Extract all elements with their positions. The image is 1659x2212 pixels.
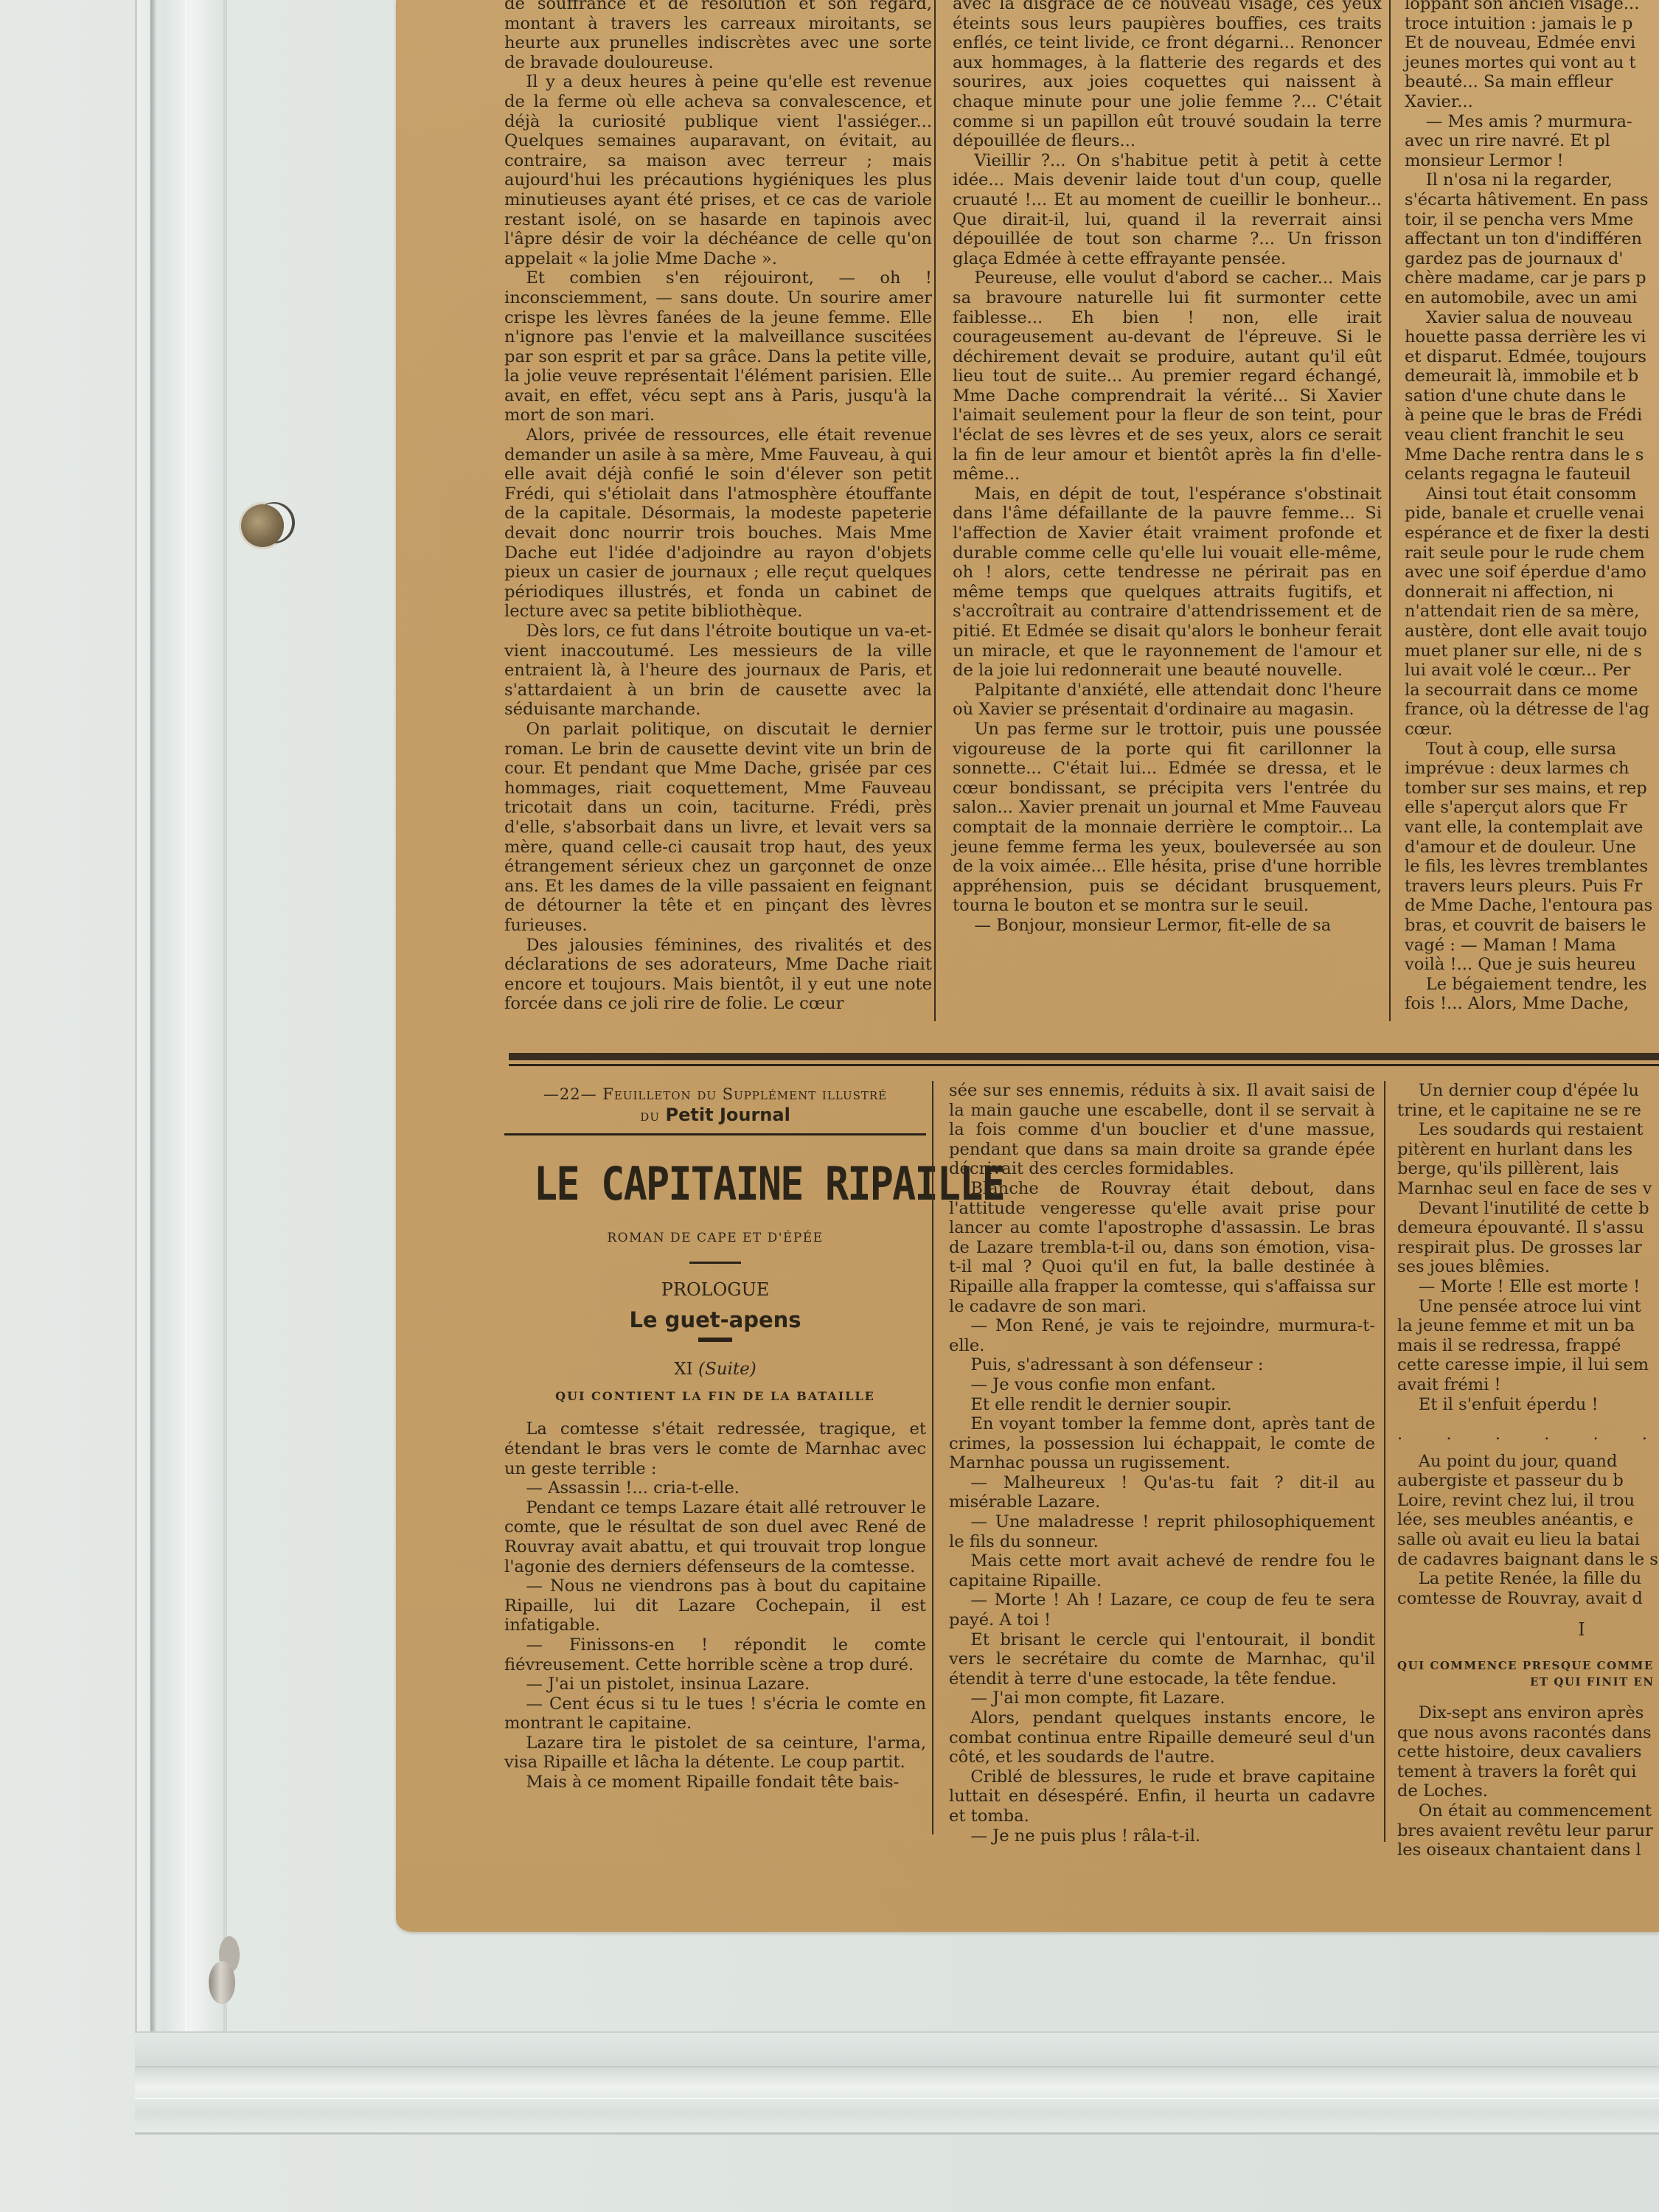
text-line: à peine que le bras de Frédi	[1405, 406, 1659, 425]
feuilleton-column-2: sée sur ses ennemis, réduits à six. Il a…	[949, 1081, 1375, 1846]
paragraph: — Nous ne viendrons pas à bout du capita…	[504, 1576, 926, 1635]
text-line: tomber sur ses mains, et rep	[1405, 779, 1659, 799]
paragraph: Mais, en dépit de tout, l'espérance s'ob…	[953, 484, 1382, 681]
paragraph: Criblé de blessures, le rude et brave ca…	[949, 1767, 1375, 1826]
text-line: la jeune femme et mit un ba	[1397, 1316, 1659, 1336]
text-line: espérance et de fixer la desti	[1405, 524, 1659, 543]
column-rule	[1384, 1081, 1385, 1842]
paragraph: de souffrance et de résolution et son re…	[504, 0, 932, 72]
text-line: — Morte ! Elle est morte !	[1397, 1277, 1659, 1297]
text-line: la secourrait dans ce mome	[1405, 681, 1659, 700]
text-line: Ainsi tout était consomm	[1405, 484, 1659, 504]
text-line: monsieur Lermor !	[1405, 151, 1659, 171]
feuilleton-column-1-text: La comtesse s'était redressée, tragique,…	[504, 1419, 926, 1792]
chapter-subtitle: QUI CONTIENT LA FIN DE LA BATAILLE	[504, 1387, 926, 1407]
masthead-journal-name: Petit Journal	[666, 1105, 790, 1125]
text-line: avec une soif éperdue d'amo	[1405, 563, 1659, 582]
text-line: demeura épouvanté. Il s'assu	[1397, 1218, 1659, 1238]
text-line: Les soudards qui restaient	[1397, 1120, 1659, 1140]
text-line: en automobile, avec un ami	[1405, 288, 1659, 308]
masthead-du: du	[640, 1107, 660, 1124]
text-line: n'attendait rien de sa mère,	[1405, 602, 1659, 622]
paragraph: sée sur ses ennemis, réduits à six. Il a…	[949, 1081, 1375, 1179]
next-chapter-subtitle-line: ET QUI FINIT EN ID	[1397, 1674, 1659, 1690]
text-line: demeurait là, immobile et b	[1405, 366, 1659, 386]
text-line: pide, banale et cruelle venai	[1405, 504, 1659, 524]
part-title: Le guet-apens	[504, 1307, 926, 1333]
text-line: voilà !... Que je suis heureu	[1405, 955, 1659, 975]
text-line: bres avaient revêtu leur parur	[1397, 1821, 1659, 1841]
paragraph: Mais cette mort avait achevé de rendre f…	[949, 1551, 1375, 1590]
text-line: vant elle, la contemplait ave	[1405, 818, 1659, 838]
text-line: respirait plus. De grosses lar	[1397, 1238, 1659, 1258]
text-line: les oiseaux chantaient dans l	[1397, 1840, 1659, 1860]
text-line: gardez pas de journaux d'	[1405, 249, 1659, 269]
prologue-heading: PROLOGUE	[504, 1280, 926, 1300]
paragraph: Blanche de Rouvray était debout, dans l'…	[949, 1179, 1375, 1316]
text-line: muet planer sur elle, ni de s	[1405, 641, 1659, 661]
text-line: avec un rire navré. Et pl	[1405, 131, 1659, 151]
paragraph: — Malheureux ! Qu'as-tu fait ? dit-il au…	[949, 1473, 1375, 1512]
paragraph: — J'ai un pistolet, insinua Lazare.	[504, 1674, 926, 1694]
text-line: france, où la détresse de l'ag	[1405, 700, 1659, 720]
chapter-heading: XI (Suite)	[504, 1360, 926, 1380]
paragraph: Et elle rendit le dernier soupir.	[949, 1395, 1375, 1415]
paragraph: Un pas ferme sur le trottoir, puis une p…	[953, 720, 1382, 916]
top-column-2: avec la disgrâce de ce nouveau visage, c…	[953, 0, 1382, 936]
novel-title: LE CAPITAINE RIPAILLE	[534, 1158, 897, 1211]
next-chapter-subtitle: QUI COMMENCE PRESQUE COMME UN ET QUI FIN…	[1397, 1658, 1659, 1690]
standoff-pin-icon	[209, 1961, 235, 2004]
text-line: s'écarta hâtivement. En pass	[1405, 190, 1659, 210]
text-line: — Mes amis ? murmura-	[1405, 112, 1659, 132]
text-line: aubergiste et passeur du b	[1397, 1471, 1659, 1491]
text-line: mais il se redressa, frappé	[1397, 1336, 1659, 1356]
text-line: et disparut. Edmée, toujours	[1405, 347, 1659, 367]
text-line: Le bégaiement tendre, les	[1405, 975, 1659, 995]
next-chapter-number: I	[1397, 1620, 1659, 1640]
top-column-1: de souffrance et de résolution et son re…	[504, 0, 932, 1014]
paragraph: Des jalousies féminines, des rivalités e…	[504, 936, 932, 1014]
text-line: berge, qu'ils pillèrent, lais	[1397, 1159, 1659, 1179]
paragraph: Alors, pendant quelques instants encore,…	[949, 1708, 1375, 1767]
text-line: loppant son ancien visage...	[1405, 0, 1659, 14]
paragraph: Et brisant le cercle qui l'entourait, il…	[949, 1630, 1375, 1689]
column-rule	[1389, 0, 1391, 1021]
text-line: d'amour et de douleur. Une	[1405, 838, 1659, 858]
text-line: de Mme Dache, l'entoura pas	[1405, 896, 1659, 916]
paragraph: Peureuse, elle voulut d'abord se cacher.…	[953, 268, 1382, 484]
text-line: Dix-sept ans environ après	[1397, 1703, 1659, 1723]
text-line: Devant l'inutilité de cette b	[1397, 1199, 1659, 1219]
ornamental-rule	[689, 1262, 741, 1264]
novel-subtitle: ROMAN DE CAPE ET D'ÉPÉE	[504, 1228, 926, 1248]
feuilleton-column-3-text-final: Dix-sept ans environ aprèsque nous avons…	[1397, 1703, 1659, 1860]
ornamental-rule	[698, 1338, 732, 1342]
paragraph: Il y a deux heures à peine qu'elle est r…	[504, 72, 932, 268]
text-line: Et il s'enfuit éperdu !	[1397, 1395, 1659, 1415]
text-line: affectant un ton d'indifféren	[1405, 229, 1659, 249]
text-line: elle s'aperçut alors que Fr	[1405, 798, 1659, 818]
text-line: bras, et couvrit de baisers le	[1405, 916, 1659, 936]
text-line: Au point du jour, quand	[1397, 1452, 1659, 1472]
paragraph: — J'ai mon compte, fit Lazare.	[949, 1688, 1375, 1708]
text-line: lui avait volé le cœur... Per	[1405, 661, 1659, 681]
paragraph: Lazare tira le pistolet de sa ceinture, …	[504, 1733, 926, 1773]
text-line: tement à travers la forêt qui	[1397, 1762, 1659, 1782]
text-line: toir, il se pencha vers Mme	[1405, 210, 1659, 230]
text-line: Mme Dache rentra dans le s	[1405, 445, 1659, 465]
paragraph: En voyant tomber la femme dont, après ta…	[949, 1414, 1375, 1473]
text-line: celants regagna le fauteuil	[1405, 465, 1659, 484]
standoff-pin-icon	[241, 504, 284, 547]
feuilleton-column-3: Un dernier coup d'épée lutrine, et le ca…	[1397, 1081, 1659, 1860]
feuilleton-column-3-text-after: Au point du jour, quandaubergiste et pas…	[1397, 1452, 1659, 1609]
section-break-dots: . . . . . . . . . .	[1397, 1425, 1659, 1444]
paragraph: Alors, privée de ressources, elle était …	[504, 425, 932, 622]
paragraph: La comtesse s'était redressée, tragique,…	[504, 1419, 926, 1478]
chapter-number: XI	[674, 1360, 692, 1379]
text-line: Il n'osa ni la regarder,	[1405, 170, 1659, 190]
text-line: rait seule pour le rude chem	[1405, 543, 1659, 563]
text-line: comtesse de Rouvray, avait d	[1397, 1589, 1659, 1609]
chapter-suite: (Suite)	[698, 1360, 757, 1379]
text-line: ses joues blêmies.	[1397, 1257, 1659, 1277]
paragraph: Dès lors, ce fut dans l'étroite boutique…	[504, 622, 932, 720]
text-line: vagé : — Maman ! Mama	[1405, 936, 1659, 956]
feuilleton-column-3-text: Un dernier coup d'épée lutrine, et le ca…	[1397, 1081, 1659, 1414]
paragraph: — Finissons-en ! répondit le comte fiévr…	[504, 1635, 926, 1674]
text-line: de cadavres baignant dans le s	[1397, 1550, 1659, 1570]
text-line: veau client franchit le seu	[1405, 425, 1659, 445]
feuilleton-column-1: —22— Feuilleton du Supplément illustré d…	[504, 1084, 926, 1792]
top-column-3: loppant son ancien visage...troce intuit…	[1405, 0, 1659, 1014]
text-line: de Loches.	[1397, 1781, 1659, 1801]
text-line: cette histoire, deux cavaliers	[1397, 1742, 1659, 1762]
text-line: cette caresse impie, il lui sem	[1397, 1355, 1659, 1375]
text-line: Xavier salua de nouveau	[1405, 308, 1659, 328]
paragraph: On parlait politique, on discutait le de…	[504, 720, 932, 936]
text-line: jeunes mortes qui vont au t	[1405, 53, 1659, 73]
column-rule	[932, 1081, 933, 1834]
text-line: Xavier...	[1405, 92, 1659, 112]
acrylic-frame-left-edge	[135, 0, 227, 2065]
text-line: cœur.	[1405, 720, 1659, 740]
feuilleton-masthead: —22— Feuilleton du Supplément illustré d…	[504, 1084, 926, 1126]
text-line: avait frémi !	[1397, 1375, 1659, 1395]
text-line: beauté... Sa main effleur	[1405, 72, 1659, 92]
text-line: Tout à coup, elle sursa	[1405, 740, 1659, 759]
text-line: Un dernier coup d'épée lu	[1397, 1081, 1659, 1101]
paragraph: — Bonjour, monsieur Lermor, fit-elle de …	[953, 916, 1382, 936]
masthead-line: Feuilleton du Supplément illustré	[602, 1085, 887, 1103]
text-line: Et de nouveau, Edmée envi	[1405, 33, 1659, 53]
text-line: houette passa derrière les vi	[1405, 327, 1659, 347]
text-line: que nous avons racontés dans	[1397, 1723, 1659, 1743]
text-line: Une pensée atroce lui vint	[1397, 1297, 1659, 1317]
text-line: trine, et le capitaine ne se re	[1397, 1101, 1659, 1121]
paragraph: — Je vous confie mon enfant.	[949, 1375, 1375, 1395]
paragraph: Et combien s'en réjouiront, — oh ! incon…	[504, 268, 932, 425]
text-line: donnerait ni affection, ni	[1405, 582, 1659, 602]
newspaper-page: de souffrance et de résolution et son re…	[396, 0, 1659, 1932]
text-line: fois !... Alors, Mme Dache,	[1405, 994, 1659, 1014]
paragraph: — Assassin !... cria-t-elle.	[504, 1478, 926, 1498]
paragraph: — Morte ! Ah ! Lazare, ce coup de feu te…	[949, 1590, 1375, 1630]
paragraph: Puis, s'adressant à son défenseur :	[949, 1355, 1375, 1375]
text-line: troce intuition : jamais le p	[1405, 14, 1659, 34]
text-line: La petite Renée, la fille du	[1397, 1569, 1659, 1589]
paragraph: — Je ne puis plus ! râla-t-il.	[949, 1826, 1375, 1846]
paragraph: Vieillir ?... On s'habitue petit à petit…	[953, 151, 1382, 269]
text-line: austère, dont elle avait toujo	[1405, 622, 1659, 641]
next-chapter-subtitle-line: QUI COMMENCE PRESQUE COMME UN	[1397, 1658, 1659, 1674]
acrylic-frame-bottom-edge	[135, 2031, 1659, 2135]
masthead-rule	[504, 1133, 926, 1135]
text-line: imprévue : deux larmes ch	[1405, 759, 1659, 779]
text-line: lée, ses meubles anéantis, e	[1397, 1510, 1659, 1530]
text-line: sation d'une chute dans le	[1405, 386, 1659, 406]
text-line: travers leurs pleurs. Puis Fr	[1405, 877, 1659, 897]
section-divider-thin	[509, 1064, 1659, 1066]
acrylic-inner-edge	[223, 0, 225, 2031]
column-rule	[934, 0, 936, 1021]
paragraph: — Une maladresse ! reprit philosophiquem…	[949, 1512, 1375, 1551]
text-line: chère madame, car je pars p	[1405, 268, 1659, 288]
paragraph: Pendant ce temps Lazare était allé retro…	[504, 1498, 926, 1576]
section-divider-thick	[509, 1053, 1659, 1060]
paragraph: — Cent écus si tu le tues ! s'écria le c…	[504, 1694, 926, 1733]
text-line: On était au commencement	[1397, 1801, 1659, 1821]
text-line: pitèrent en hurlant dans les	[1397, 1140, 1659, 1160]
paragraph: Palpitante d'anxiété, elle attendait don…	[953, 681, 1382, 720]
page-number: —22—	[543, 1085, 597, 1103]
text-line: le fils, les lèvres tremblantes	[1405, 857, 1659, 877]
text-line: Loire, revint chez lui, il trou	[1397, 1491, 1659, 1511]
paragraph: Mais à ce moment Ripaille fondait tête b…	[504, 1773, 926, 1792]
text-line: salle où avait eu lieu la batai	[1397, 1530, 1659, 1550]
paragraph: avec la disgrâce de ce nouveau visage, c…	[953, 0, 1382, 151]
paragraph: — Mon René, je vais te rejoindre, murmur…	[949, 1316, 1375, 1355]
text-line: Marnhac seul en face de ses v	[1397, 1179, 1659, 1199]
